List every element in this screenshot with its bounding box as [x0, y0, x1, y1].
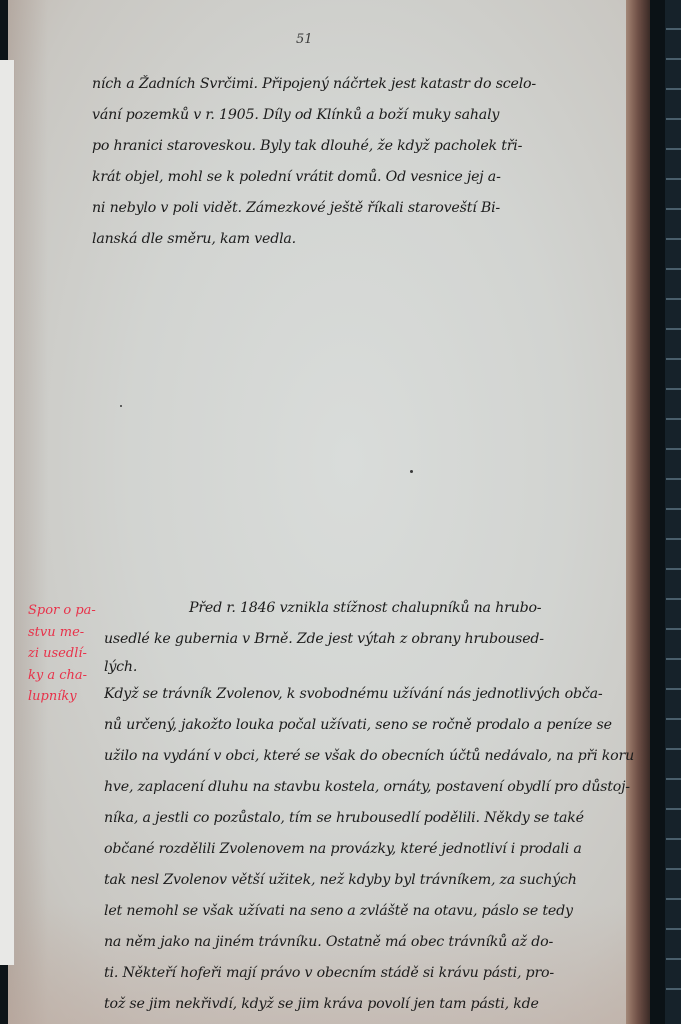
ruler-tick — [666, 208, 681, 210]
ruler-tick — [666, 808, 681, 810]
margin-note-line: zi usedlí- — [28, 643, 108, 665]
ruler-tick — [666, 658, 681, 660]
text-line: ni nebylo v poli vidět. Zámezkové ještě … — [92, 193, 632, 224]
ruler-tick — [666, 718, 681, 720]
ruler-tick — [666, 358, 681, 360]
ruler-tick — [666, 298, 681, 300]
ruler-tick — [666, 508, 681, 510]
ruler-tick — [666, 118, 681, 120]
ruler-tick — [666, 238, 681, 240]
text-line: ních a Žadních Svrčimi. Připojený náčrte… — [92, 69, 632, 100]
paper-speck — [410, 470, 413, 473]
margin-note-line: Spor o pa- — [28, 600, 108, 622]
paper-speck — [120, 405, 122, 407]
measurement-ruler — [665, 0, 681, 1024]
text-line: Když se trávník Zvolenov, k svobodnému u… — [104, 679, 634, 710]
margin-note: Spor o pa- stvu me- zi usedlí- ky a cha-… — [28, 600, 108, 708]
text-line: usedlé ke gubernia v Brně. Zde jest výta… — [104, 624, 634, 655]
ruler-tick — [666, 748, 681, 750]
text-line: vání pozemků v r. 1905. Díly od Klínků a… — [92, 100, 632, 131]
ruler-tick — [666, 58, 681, 60]
ruler-tick — [666, 988, 681, 990]
bottom-paragraph: Před r. 1846 vznikla stížnost chalupníků… — [104, 593, 634, 1020]
ruler-tick — [666, 898, 681, 900]
text-line: občané rozdělili Zvolenovem na provázky,… — [104, 834, 634, 865]
ruler-tick — [666, 88, 681, 90]
ruler-tick — [666, 568, 681, 570]
text-line: tož se jim nekřivdí, když se jim kráva p… — [104, 989, 634, 1020]
page-number: 51 — [296, 32, 313, 47]
text-line: užilo na vydání v obci, které se však do… — [104, 741, 634, 772]
ruler-tick — [666, 628, 681, 630]
ruler-tick — [666, 178, 681, 180]
text-line: ti. Někteří hofeři mají právo v obecním … — [104, 958, 634, 989]
margin-note-line: stvu me- — [28, 622, 108, 644]
text-line: lanská dle směru, kam vedla. — [92, 224, 632, 255]
text-line: let nemohl se však užívati na seno a zvl… — [104, 896, 634, 927]
ruler-tick — [666, 418, 681, 420]
ruler-tick — [666, 928, 681, 930]
text-line: krát objel, mohl se k polední vrátit dom… — [92, 162, 632, 193]
margin-note-line: ky a cha- — [28, 665, 108, 687]
ruler-tick — [666, 478, 681, 480]
text-line: lých. — [104, 655, 634, 679]
margin-note-line: lupníky — [28, 686, 108, 708]
ruler-tick — [666, 838, 681, 840]
text-line: tak nesl Zvolenov větší užitek, než kdyb… — [104, 865, 634, 896]
ruler-tick — [666, 328, 681, 330]
text-line: Před r. 1846 vznikla stížnost chalupníků… — [104, 593, 634, 624]
text-line: níka, a jestli co pozůstalo, tím se hrub… — [104, 803, 634, 834]
ruler-tick — [666, 148, 681, 150]
ruler-tick — [666, 538, 681, 540]
text-line: nů určený, jakožto louka počal užívati, … — [104, 710, 634, 741]
ruler-tick — [666, 268, 681, 270]
previous-page-edge — [0, 60, 15, 965]
ruler-tick — [666, 958, 681, 960]
text-line: hve, zaplacení dluhu na stavbu kostela, … — [104, 772, 634, 803]
top-paragraph: ních a Žadních Svrčimi. Připojený náčrte… — [92, 69, 632, 255]
ruler-tick — [666, 688, 681, 690]
ruler-tick — [666, 598, 681, 600]
ruler-tick — [666, 388, 681, 390]
ruler-tick — [666, 868, 681, 870]
text-line: po hranici staroveskou. Byly tak dlouhé,… — [92, 131, 632, 162]
ruler-tick — [666, 28, 681, 30]
ruler-tick — [666, 778, 681, 780]
ruler-tick — [666, 448, 681, 450]
text-line: na něm jako na jiném trávníku. Ostatně m… — [104, 927, 634, 958]
